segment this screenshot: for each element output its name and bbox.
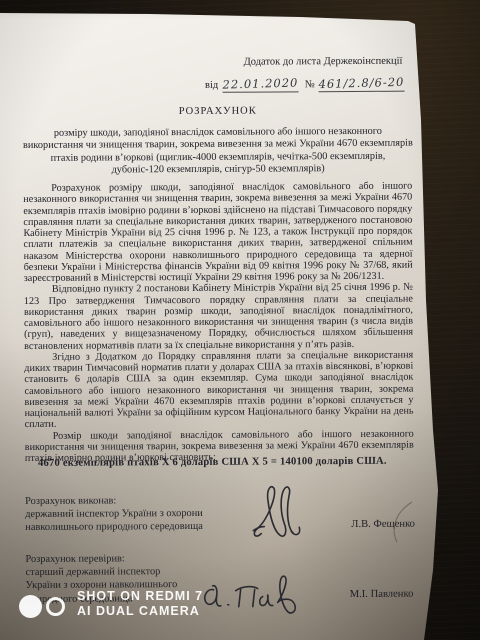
watermark-text: SHOT ON REDMI 7 AI DUAL CAMERA	[77, 589, 203, 618]
date-underline: 22.01.2020	[222, 77, 298, 92]
paragraph-legal-basis: Розрахунок розміру шкоди, заподіяної вна…	[23, 181, 413, 285]
damage-calculation-formula: 4670 екземплярів птахів Х 6 доларів США …	[25, 456, 400, 469]
paper-crease-mark	[388, 500, 414, 544]
executor-role-line: навколишнього природного середовища	[25, 520, 203, 534]
executor-role-line: державний інспектор України з охорони	[25, 507, 203, 521]
from-label: від	[205, 80, 218, 91]
verifier-heading: Розрахунок перевірив:	[25, 552, 177, 566]
executor-heading: Розрахунок виконав:	[25, 494, 203, 508]
handwritten-number: 461/2.8/6-20	[319, 76, 405, 91]
subtitle-line: птахів родини в’юркові (щиглик-4000 екзе…	[23, 150, 413, 165]
verifier-signature-icon	[198, 571, 308, 620]
document-subtitle: розміру шкоди, заподіяної внаслідок само…	[23, 126, 413, 178]
subtitle-line: дубоніс-120 екземплярів, снігур-50 екзем…	[23, 163, 413, 178]
watermark-line2: AI DUAL CAMERA	[77, 604, 203, 619]
watermark-ring-circle-icon	[46, 597, 65, 616]
executor-signature-icon	[247, 481, 319, 545]
paragraph-resolution-123: Відповідно пункту 2 постанови Кабінету М…	[24, 282, 413, 352]
verifier-role-line: старший державний інспектор	[26, 565, 178, 579]
header-appendix-line: Додаток до листа Держекоінспекції	[244, 56, 403, 68]
watermark-line1: SHOT ON REDMI 7	[77, 589, 203, 604]
number-underline: 461/2.8/6-20	[319, 77, 405, 93]
watermark-filled-circle-icon	[19, 595, 42, 618]
paragraph-tariff: Згідно з Додатком до Порядку справляння …	[24, 349, 413, 430]
document-body: Розрахунок розміру шкоди, заподіяної вна…	[23, 181, 414, 465]
document-title: РОЗРАХУНОК	[23, 105, 413, 118]
number-label: №	[305, 79, 315, 90]
handwritten-date: 22.01.2020	[222, 77, 298, 92]
executor-block: Розрахунок виконав: державний інспектор …	[25, 494, 203, 535]
verifier-name: М.І. Павленко	[350, 589, 414, 600]
header-date-number-line: від22.01.2020 №461/2.8/6-20	[205, 77, 405, 93]
document-content: Додаток до листа Держекоінспекції від22.…	[22, 0, 416, 640]
